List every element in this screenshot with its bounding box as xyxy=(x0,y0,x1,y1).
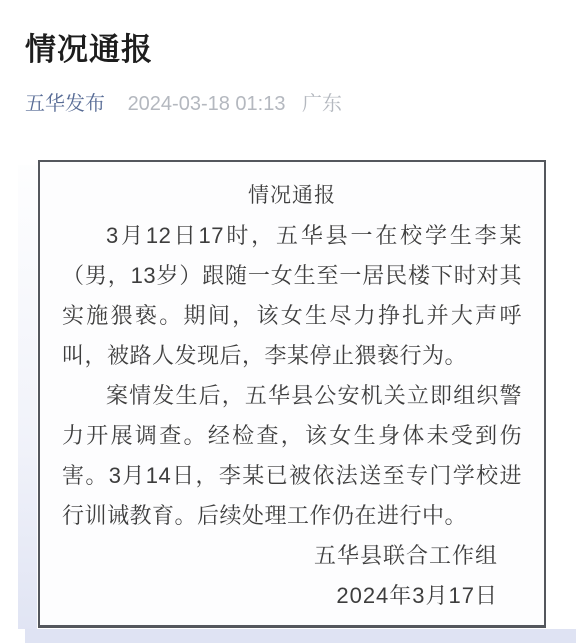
notice-image-left-backing xyxy=(18,165,37,629)
post-location: 广东 xyxy=(302,93,342,115)
notice-signature: 五华县联合工作组 xyxy=(62,536,522,576)
post-meta: 五华发布 2024-03-18 01:13 广东 xyxy=(25,87,342,116)
notice-paragraph: 案情发生后，五华县公安机关立即组织警力开展调查。经检查，该女生身体未受到伤害。3… xyxy=(62,376,522,536)
page-title: 情况通报 xyxy=(25,24,153,69)
post-timestamp: 2024-03-18 01:13 xyxy=(128,93,286,115)
notice-date: 2024年3月17日 xyxy=(62,576,522,616)
source-account-link[interactable]: 五华发布 xyxy=(25,93,105,115)
article-page: 情况通报 五华发布 2024-03-18 01:13 广东 情况通报 3月12日… xyxy=(0,0,576,643)
notice-paragraph: 3月12日17时，五华县一在校学生李某（男，13岁）跟随一女生至一居民楼下时对其… xyxy=(62,216,522,376)
notice-body: 3月12日17时，五华县一在校学生李某（男，13岁）跟随一女生至一居民楼下时对其… xyxy=(62,216,522,536)
notice-title: 情况通报 xyxy=(62,184,522,208)
notice-document: 情况通报 3月12日17时，五华县一在校学生李某（男，13岁）跟随一女生至一居民… xyxy=(38,160,546,628)
notice-image-bottom-backing xyxy=(25,629,576,643)
